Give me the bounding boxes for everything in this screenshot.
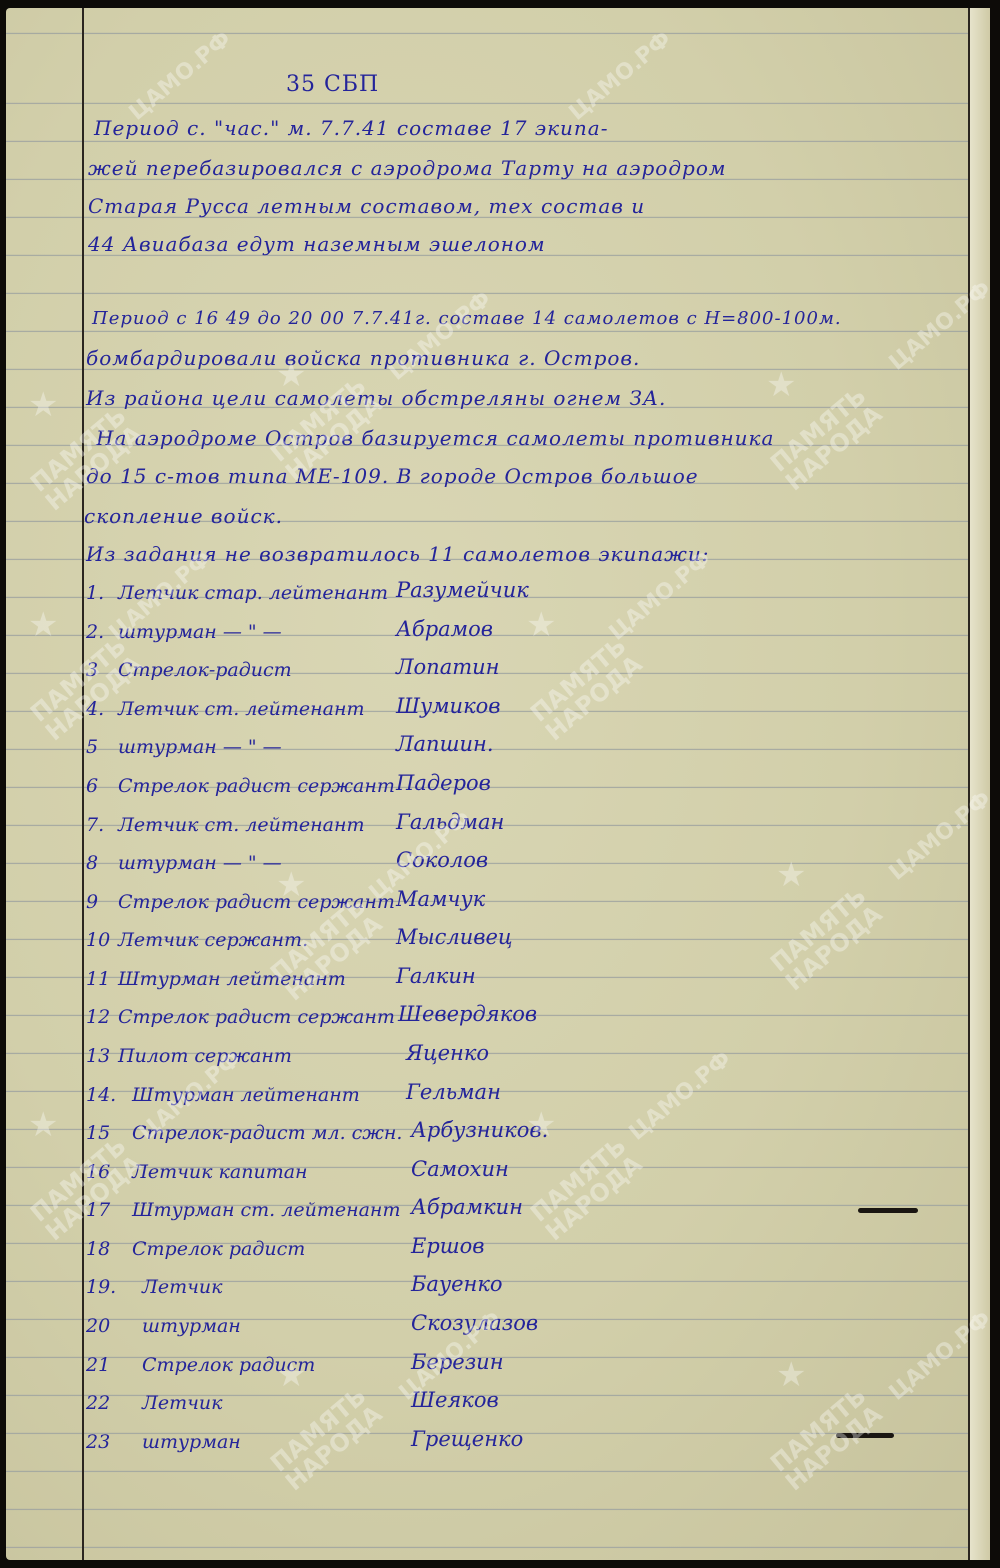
crew-name: Галкин xyxy=(396,964,476,988)
row-number: 6 xyxy=(86,775,98,797)
crew-role: Летчик xyxy=(142,1392,223,1414)
row-number: 20 xyxy=(86,1315,110,1337)
crew-role: штурман xyxy=(142,1315,241,1337)
crew-name: Шумиков xyxy=(396,694,501,718)
star-icon: ★ xyxy=(276,1358,306,1392)
document-heading: 35 СБП xyxy=(286,72,379,97)
star-icon: ★ xyxy=(526,1108,556,1142)
document-page: 35 СБП Период с. "час." м. 7.7.41 состав… xyxy=(6,8,990,1560)
paragraph1-line: 44 Авиабаза едут наземным эшелоном xyxy=(88,232,546,256)
row-number: 7. xyxy=(86,814,104,836)
paper-tear xyxy=(858,1208,918,1213)
star-icon: ★ xyxy=(28,388,58,422)
paragraph2-line: На аэродроме Остров базируется самолеты … xyxy=(96,426,774,450)
crew-role: Пилот сержант xyxy=(118,1045,292,1067)
crew-role: Штурман ст. лейтенант xyxy=(132,1199,400,1221)
star-icon: ★ xyxy=(28,1108,58,1142)
crew-name: Мысливец xyxy=(396,925,513,949)
row-number: 9 xyxy=(86,891,98,913)
crew-name: Абрамкин xyxy=(411,1195,523,1219)
paragraph2-line: бомбардировали войска противника г. Остр… xyxy=(86,346,640,370)
crew-role: штурман xyxy=(142,1431,241,1453)
star-icon: ★ xyxy=(766,368,796,402)
crew-name: Мамчук xyxy=(396,887,485,911)
row-number: 21 xyxy=(86,1354,110,1376)
star-icon: ★ xyxy=(776,858,806,892)
paragraph1-line: Период с. "час." м. 7.7.41 составе 17 эк… xyxy=(94,116,608,140)
row-number: 19. xyxy=(86,1276,116,1298)
row-number: 12 xyxy=(86,1006,110,1028)
paragraph1-line: Старая Русса летным составом, тех состав… xyxy=(88,194,645,218)
crew-role: Летчик ст. лейтенант xyxy=(118,698,365,720)
crew-role: Летчик ст. лейтенант xyxy=(118,814,365,836)
left-margin-line xyxy=(82,8,84,1560)
paragraph1-line: жей перебазировался с аэродрома Тарту на… xyxy=(88,156,726,180)
crew-role: Летчик капитан xyxy=(132,1161,308,1183)
star-icon: ★ xyxy=(526,608,556,642)
crew-role: Летчик xyxy=(142,1276,223,1298)
crew-name: Абрамов xyxy=(396,617,493,641)
crew-role: штурман — " — xyxy=(118,852,282,874)
crew-name: Грещенко xyxy=(411,1427,523,1451)
star-icon: ★ xyxy=(28,608,58,642)
crew-name: Гельман xyxy=(406,1080,501,1104)
star-icon: ★ xyxy=(776,1358,806,1392)
row-number: 22 xyxy=(86,1392,110,1414)
paragraph2-line: скопление войск. xyxy=(84,504,283,528)
row-number: 5 xyxy=(86,736,98,758)
scan-frame: 35 СБП Период с. "час." м. 7.7.41 состав… xyxy=(0,0,1000,1568)
row-number: 1. xyxy=(86,582,104,604)
crew-role: Стрелок радист сержант xyxy=(118,1006,395,1028)
crew-name: Самохин xyxy=(411,1157,509,1181)
star-icon: ★ xyxy=(276,358,306,392)
crew-role: штурман — " — xyxy=(118,736,282,758)
crew-name: Шевердяков xyxy=(398,1002,537,1026)
row-number: 18 xyxy=(86,1238,110,1260)
row-number: 2. xyxy=(86,621,104,643)
row-number: 10 xyxy=(86,929,110,951)
crew-name: Лопатин xyxy=(396,655,499,679)
crew-name: Яценко xyxy=(406,1041,489,1065)
crew-name: Ершов xyxy=(411,1234,485,1258)
row-number: 8 xyxy=(86,852,98,874)
crew-role: Летчик сержант. xyxy=(118,929,308,951)
crew-name: Разумейчик xyxy=(396,578,529,602)
crew-role: Стрелок радист сержант xyxy=(118,775,395,797)
crew-name: Падеров xyxy=(396,771,491,795)
crew-role: Стрелок радист xyxy=(132,1238,305,1260)
row-number: 23 xyxy=(86,1431,110,1453)
row-number: 13 xyxy=(86,1045,110,1067)
row-number: 11 xyxy=(86,968,110,990)
crew-name: Бауенко xyxy=(411,1272,503,1296)
paragraph2-line: до 15 с-тов типа МЕ-109. В городе Остров… xyxy=(86,464,699,488)
crew-name: Лапшин. xyxy=(396,732,494,756)
row-number: 14. xyxy=(86,1084,116,1106)
star-icon: ★ xyxy=(276,868,306,902)
